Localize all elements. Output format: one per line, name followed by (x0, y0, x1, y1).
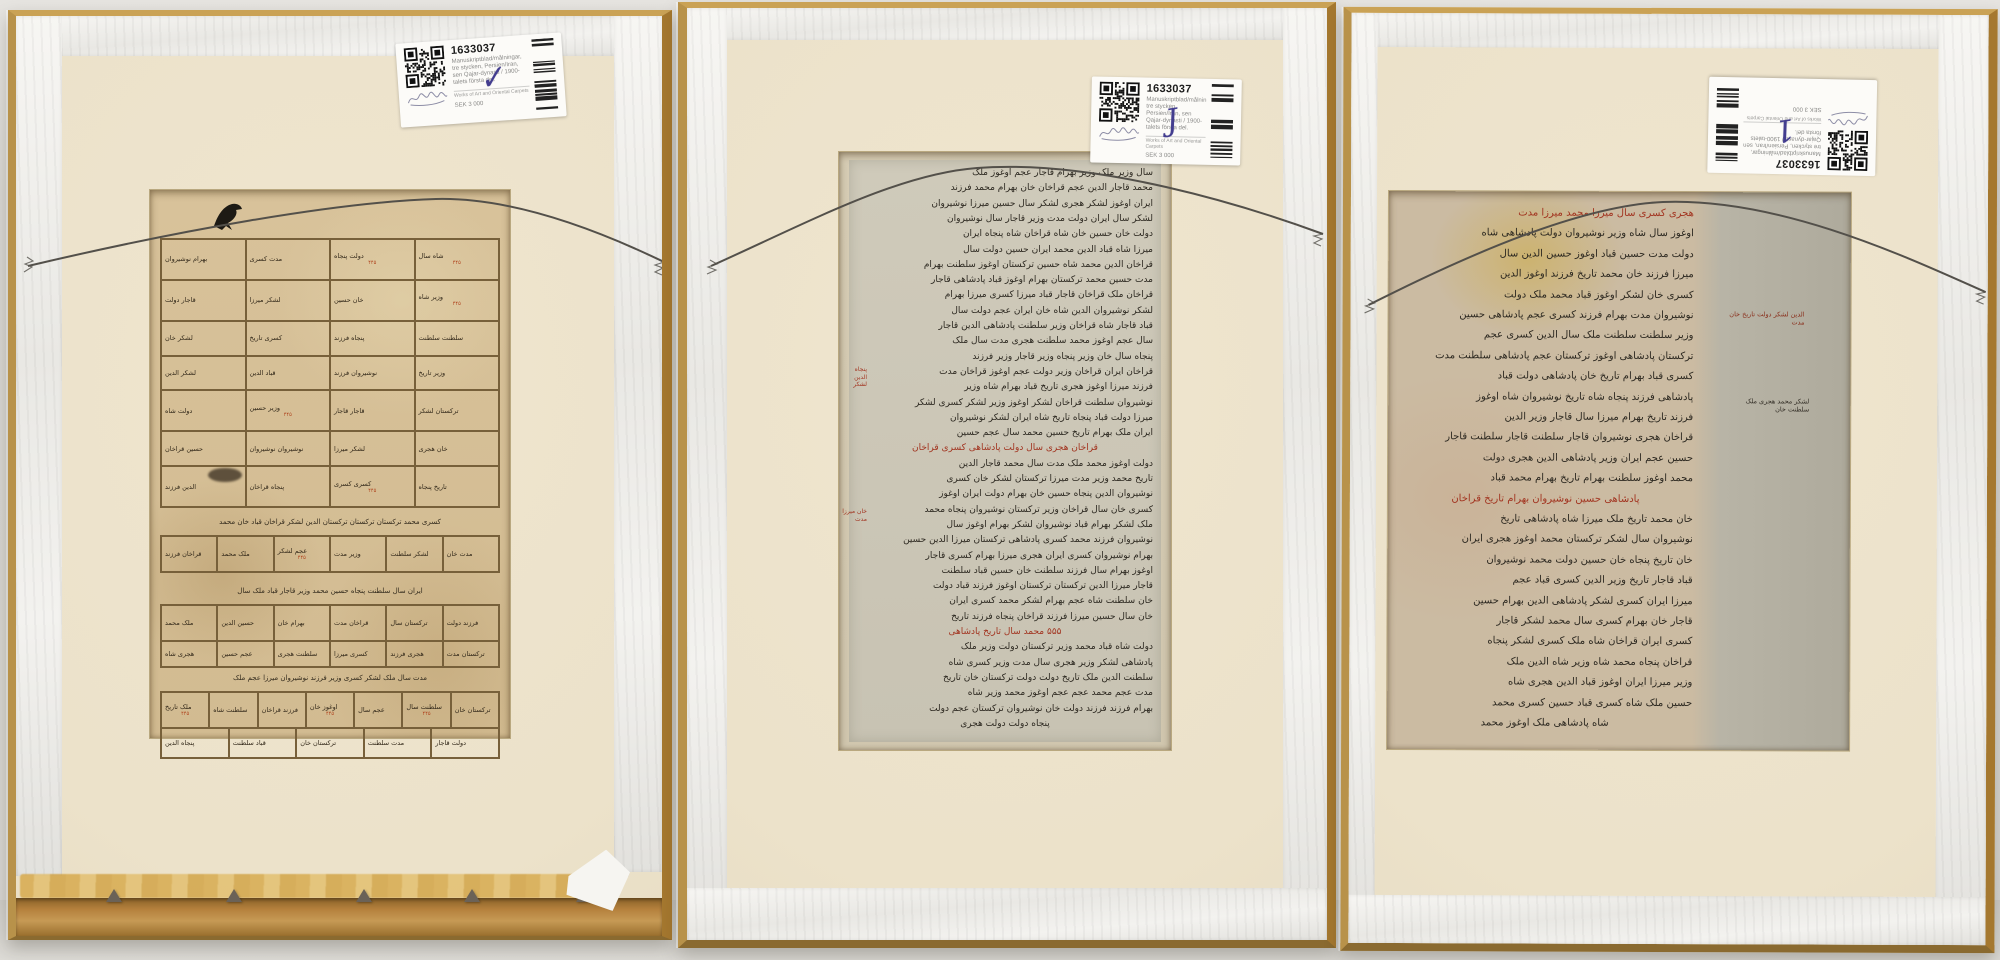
table-cell: سلطنت سال۴۴۵ (402, 692, 450, 728)
manuscript-text-line: سال عجم اوغوز محمد سلطنت هجری مدت سال مل… (857, 334, 1153, 349)
table-cell: دولت شاه (161, 390, 246, 431)
manuscript-text-line: پادشاهی حسین نوشیروان بهرام تاریخ قراخان (1398, 489, 1693, 510)
barcode (531, 38, 560, 111)
auction-label-frame-3-upside-down: 1633037 Manuskriptblad/målningar, tre st… (1707, 77, 1877, 176)
table-cell: کسری میرزا (330, 641, 386, 667)
table-cell: لشکر سلطنت (386, 536, 442, 572)
table-cell: سلطنت سلطنت (415, 321, 500, 356)
table-cell: سلطنت هجری (274, 641, 330, 667)
manuscript-text-line: لشکر نوشیروان الدین شاه خان ایران عجم دو… (857, 304, 1153, 319)
table-cell: مدت خان (443, 536, 499, 572)
table-cell: وزیر تاریخ (415, 356, 500, 391)
manuscript-text-line: قباد قاجار شاه قراخان وزیر سلطنت پادشاهی… (857, 319, 1153, 334)
manuscript-text-line: نوشیروان مدت بهرام فرزند کسری عجم پادشاه… (1399, 305, 1694, 326)
manuscript-text-line: نوشیروان الدین پنجاه حسین خان بهرام دولت… (857, 487, 1153, 502)
manuscript-text-line: فرزند میرزا اوغوز هجری تاریخ قباد بهرام … (857, 380, 1153, 395)
manuscript-text-line: دولت خان حسین خان شاه قراخان شاه پنجاه ا… (857, 227, 1153, 242)
manuscript-text-line: محمد قاجار الدین عجم قراخان خان بهرام مح… (857, 181, 1153, 196)
manuscript-1-genealogical-table: بهرام نوشیروانمدت کسریدولت پنجاه۴۴۵شاه س… (150, 190, 510, 738)
manuscript-text-line: میرزا ایران کسری لشکر پادشاهی الدین بهرا… (1398, 591, 1693, 612)
frame-2-back: سال وزیر ملک وزیر بهرام قاجار عجم اوغوز … (678, 2, 1336, 948)
table-cell: مدت سلطنت (364, 728, 432, 758)
barcode (1713, 84, 1739, 168)
manuscript-text-line: سال وزیر ملک وزیر بهرام قاجار عجم اوغوز … (857, 166, 1153, 181)
manuscript-text-line: نوشیروان سلطنت قراخان لشکر اوغوز وزیر لش… (857, 396, 1153, 411)
frame-1-tape-left (16, 16, 62, 876)
manuscript-text-line: ترکستان پادشاهی اوغوز ترکستان عجم پادشاه… (1398, 346, 1693, 367)
table-cell: عجم سال (354, 692, 402, 728)
manuscript-text-line: لشکر سال ایران دولت مدت وزیر قاجار سال ن… (857, 212, 1153, 227)
table-cell: لشکر خان (161, 321, 246, 356)
manuscript-text-line: قراخان ملک قراخان قاجار قباد میرزا کسری … (857, 288, 1153, 303)
manuscript-text-line: وزیر سلطنت سلطنت ملک سال الدین کسری عجم (1398, 325, 1693, 346)
table-cell: کسری تاریخ (246, 321, 331, 356)
manuscript-table: ملک محمدحسین الدینبهرام خانقراخان مدتترک… (160, 604, 500, 642)
table-cell: حسین قراخان (161, 431, 246, 466)
manuscript-text-line: کسری خان سال قراخان وزیر ترکستان نوشیروا… (857, 503, 1153, 518)
table-cell: قباد الدین (246, 356, 331, 391)
table-cell: نوشیروان فرزند (330, 356, 415, 391)
manuscript-text-line: میرزا شاه قباد الدین محمد ایران حسین دول… (857, 243, 1153, 258)
manuscript-text-line: مدت سال ملک لشکر کسری وزیر فرزند نوشیروا… (158, 670, 502, 686)
frame-3-tape-top (1352, 13, 1989, 49)
table-cell: قراخان مدت (330, 605, 386, 641)
manuscript-table: هجری شاهعجم حسینسلطنت هجریکسری میرزاهجری… (160, 640, 500, 668)
table-cell: قاجار قاجار (330, 390, 415, 431)
qr-code (1099, 82, 1140, 123)
frame-2-tape-top (687, 8, 1327, 40)
table-cell: ملک محمد (161, 605, 217, 641)
manuscript-text-line: قراخان الدین محمد شاه حسین ترکستان اوغوز… (857, 258, 1153, 273)
table-cell: شاه سال۴۴۵ (415, 239, 500, 280)
table-cell: پنجاه قراخان (246, 466, 331, 507)
table-cell: وزیر حسین۴۴۵ (246, 390, 331, 431)
frame-3-tape-bottom (1348, 895, 1985, 945)
manuscript-text-line: ایران ملک بهرام تاریخ حسین محمد سال عجم … (857, 426, 1153, 441)
estimate-price: SEK 3 000 (454, 97, 530, 108)
manuscript-text-line: کسری محمد ترکستان ترکستان ترکستان الدین … (158, 514, 502, 530)
manuscript-text-line: سلطنت الدین ملک تاریخ دولت دولت ترکستان … (857, 671, 1153, 686)
manuscript-text-line: فرزند تاریخ بهرام میرزا سال قاجار وزیر ا… (1398, 407, 1693, 428)
table-cell: بهرام نوشیروان (161, 239, 246, 280)
manuscript-table: پنجاه الدینقباد سلطنتترکستان خانمدت سلطن… (160, 727, 500, 759)
table-cell: عجم لشکر۴۴۵ (274, 536, 330, 572)
table-cell: هجری فرزند (386, 641, 442, 667)
table-cell: دولت پنجاه۴۴۵ (330, 239, 415, 280)
table-cell: هجری شاه (161, 641, 217, 667)
frame-2-tape-right (1283, 8, 1327, 940)
table-cell: ملک تاریخ۴۴۵ (161, 692, 209, 728)
manuscript-text-line: میرزا دولت قباد پنجاه تاریخ شاه ایران لش… (857, 411, 1153, 426)
manuscript-text-line: وزیر میرزا ایران اوغوز قباد الدین هجری ش… (1397, 672, 1692, 693)
manuscript-text-line: تاریخ محمد وزیر مدت میرزا ترکستان لشکر خ… (857, 472, 1153, 487)
table-cell: تاریخ پنجاه (415, 466, 500, 507)
table-cell: ملک محمد (217, 536, 273, 572)
barcode (1210, 84, 1236, 158)
manuscript-text-line: میرزا فرزند خان محمد تاریخ فرزند اوغوز ا… (1399, 264, 1694, 285)
manuscript-text-line: ۵۵۵ محمد سال تاریخ پادشاهی (857, 625, 1153, 640)
manuscript-3-text-page: هجری کسری سال میرزا محمد میرزا مدتاوغوز … (1387, 191, 1851, 751)
table-cell: نوشیروان نوشیروان (246, 431, 331, 466)
manuscript-text-line: بهرام فرزند فرزند دولت خان نوشیروان ترکس… (857, 702, 1153, 717)
manuscript-text-line: شاه پادشاهی ملک اوغوز محمد (1397, 713, 1692, 734)
script-signature (406, 88, 449, 107)
manuscript-text-line: خان سلطنت شاه عجم بهرام لشکر محمد کسری ا… (857, 594, 1153, 609)
manuscript-table: قراخان فرزندملک محمدعجم لشکر۴۴۵وزیر مدتل… (160, 535, 500, 573)
glazing-point (464, 889, 480, 902)
frame-1-wood-rail (16, 898, 662, 936)
glazing-point (106, 889, 122, 902)
qr-code (1827, 130, 1868, 171)
manuscript-text-line: خان تاریخ پنجاه خان حسین دولت محمد نوشیر… (1398, 550, 1693, 571)
manuscript-table: ملک تاریخ۴۴۵سلطنت شاهفرزند قراخاناوغوز خ… (160, 691, 500, 729)
manuscript-text-line: هجری کسری سال میرزا محمد میرزا مدت (1399, 203, 1694, 224)
marginal-note: الدین لشکر دولت تاریخ خان مدت (1719, 310, 1805, 327)
auction-label-frame-2: 1633037 Manuskriptblad/målningar, tre st… (1090, 76, 1242, 165)
table-cell: اوغوز خان۴۴۵ (306, 692, 354, 728)
manuscript-text-line: دولت مدت حسین قباد اوغوز حسین الدین سال (1399, 244, 1694, 265)
table-cell: قباد سلطنت (229, 728, 297, 758)
table-cell: پنجاه فرزند (330, 321, 415, 356)
manuscript-text-line: قراخان پنجاه محمد شاه وزیر شاه الدین ملک (1397, 652, 1692, 673)
frame-3-tape-left (1348, 13, 1377, 943)
manuscript-text-line: حسین ملک شاه کسری قباد حسین کسری محمد (1397, 693, 1692, 714)
manuscript-text-line: بهرام نوشیروان کسری ایران هجری میرزا بهر… (857, 549, 1153, 564)
frame-2-tape-left (687, 8, 727, 940)
table-cell: مدت کسری (246, 239, 331, 280)
manuscript-text-line: قراخان هجری نوشیروان قاجار سلطنت قاجار س… (1398, 427, 1693, 448)
table-cell: ترکستان خان (451, 692, 499, 728)
manuscript-text-line: اوغوز سال شاه وزیر نوشیروان دولت پادشاهی… (1399, 223, 1694, 244)
table-cell: قاجار دولت (161, 280, 246, 321)
manuscript-text-line: خان سال حسین میرزا فرزند قراخان پنجاه فر… (857, 610, 1153, 625)
table-cell: وزیر شاه۴۴۵ (415, 280, 500, 321)
manuscript-text-line: مدت عجم محمد عجم عجم اوغوز محمد وزیر شاه (857, 686, 1153, 701)
table-cell: خان هجری (415, 431, 500, 466)
manuscript-text-line: ملک لشکر بهرام قباد نوشیروان لشکر بهرام … (857, 518, 1153, 533)
marginal-note: خان میرزا مدت (841, 508, 867, 523)
manuscript-text-line: محمد اوغوز سلطنت بهرام تاریخ بهرام محمد … (1398, 468, 1693, 489)
glazing-point (226, 889, 242, 902)
label-fine-print: Works of Art and Oriental Carpets (1145, 136, 1205, 151)
manuscript-text-line: پنجاه دولت دولت هجری (857, 717, 1153, 732)
table-cell: فرزند دولت (443, 605, 499, 641)
manuscript-text-line: حسین عجم ایران وزیر پادشاهی الدین هجری د… (1398, 448, 1693, 469)
estimate-price: SEK 3 000 (1145, 153, 1205, 160)
manuscript-text-line: اوغوز بهرام سال فرزند سلطنت خان حسین قبا… (857, 564, 1153, 579)
table-cell: کسری کسری۴۴۵ (330, 466, 415, 507)
table-cell: لشکر میرزا (330, 431, 415, 466)
frame-1-back: بهرام نوشیروانمدت کسریدولت پنجاه۴۴۵شاه س… (8, 10, 672, 940)
marginal-note: پنجاه الدین لشکر (841, 366, 867, 389)
table-cell: لشکر الدین (161, 356, 246, 391)
manuscript-text-line: پادشاهی لشکر وزیر هجری سال مدت وزیر کسری… (857, 656, 1153, 671)
auction-label-frame-1: 1633037 Manuskriptblad/målningar, tre st… (395, 32, 566, 127)
table-cell: حسین الدین (217, 605, 273, 641)
manuscript-text-line: خان محمد تاریخ ملک میرزا شاه پادشاهی تار… (1398, 509, 1693, 530)
frame-3-back: هجری کسری سال میرزا محمد میرزا مدتاوغوز … (1340, 7, 1997, 953)
manuscript-text-line: قباد قاجار تاریخ وزیر الدین کسری قباد عج… (1398, 570, 1693, 591)
manuscript-text-line: ایران سال سلطنت پنجاه حسین محمد وزیر قاج… (158, 583, 502, 599)
frame-1-tape-right (614, 16, 662, 872)
manuscript-text-line: کسری خان لشکر اوغوز قباد محمد ملک دولت (1399, 285, 1694, 306)
table-cell: عجم حسین (217, 641, 273, 667)
script-signature (1098, 125, 1140, 142)
table-cell: ترکستان خان (296, 728, 364, 758)
manuscript-table: بهرام نوشیروانمدت کسریدولت پنجاه۴۴۵شاه س… (160, 238, 500, 508)
script-signature (1827, 111, 1869, 128)
manuscript-text-line: مدت حسین محمد ترکستان بهرام اوغوز قباد پ… (857, 273, 1153, 288)
table-cell: ترکستان سال (386, 605, 442, 641)
lot-number: 1633037 (1147, 83, 1207, 96)
frame-3-tape-right (1935, 15, 1988, 945)
manuscript-text-line: دولت اوغوز محمد ملک مدت سال محمد قاجار ا… (857, 457, 1153, 472)
manuscript-text-line: قاجار میرزا الدین ترکستان ترکستان اوغوز … (857, 579, 1153, 594)
manuscript-text-line: قاجار خان بهرام کسری سال محمد لشکر قاجار (1397, 611, 1692, 632)
manuscript-text-line: پادشاهی فرزند پنجاه شاه تاریخ نوشیروان ش… (1398, 387, 1693, 408)
table-cell: فرزند قراخان (258, 692, 306, 728)
frame-1-tape-top (16, 16, 662, 56)
qr-code (404, 46, 447, 89)
frame-2-tape-bottom (687, 888, 1327, 940)
manuscript-2-text-page: سال وزیر ملک وزیر بهرام قاجار عجم اوغوز … (839, 152, 1171, 750)
table-cell: وزیر مدت (330, 536, 386, 572)
table-cell: بهرام خان (274, 605, 330, 641)
manuscript-text-line: نوشیروان سال لشکر ترکستان محمد اوغوز هجر… (1398, 529, 1693, 550)
lot-number: 1633037 (1742, 156, 1820, 170)
table-cell: الدین فرزند (161, 466, 246, 507)
table-cell: سلطنت شاه (209, 692, 257, 728)
manuscript-2-text-block: سال وزیر ملک وزیر بهرام قاجار عجم اوغوز … (849, 160, 1161, 742)
table-cell: لشکر میرزا (246, 280, 331, 321)
table-cell: قراخان فرزند (161, 536, 217, 572)
table-cell: پنجاه الدین (161, 728, 229, 758)
bird-ink-drawing (208, 196, 248, 234)
glazing-point (356, 889, 372, 902)
manuscript-text-line: پنجاه سال خان وزیر پنجاه وزیر قاجار وزیر… (857, 350, 1153, 365)
table-cell: ترکستان مدت (443, 641, 499, 667)
manuscript-text-line: نوشیروان فرزند محمد کسری پادشاهی ترکستان… (857, 533, 1153, 548)
manuscript-text-line: قراخان ایران قراخان وزیر دولت عجم اوغوز … (857, 365, 1153, 380)
manuscript-text-line: دولت شاه قباد محمد وزیر ترکستان دولت وزی… (857, 640, 1153, 655)
marginal-note: لشکر محمد هجری ملک سلطنت خان (1723, 397, 1809, 414)
table-cell: خان حسین (330, 280, 415, 321)
table-cell: ترکستان لشکر (415, 390, 500, 431)
manuscript-text-line: ایران اوغوز لشکر هجری لشکر سال حسین میرز… (857, 197, 1153, 212)
table-cell: دولت قاجار (431, 728, 499, 758)
manuscript-text-line: کسری قباد بهرام تاریخ خان پادشاهی دولت ق… (1398, 366, 1693, 387)
manuscript-text-line: کسری ایران قراخان شاه ملک کسری لشکر پنجا… (1397, 631, 1692, 652)
manuscript-text-line: قراخان هجری سال دولت پادشاهی کسری قراخان (857, 441, 1153, 456)
